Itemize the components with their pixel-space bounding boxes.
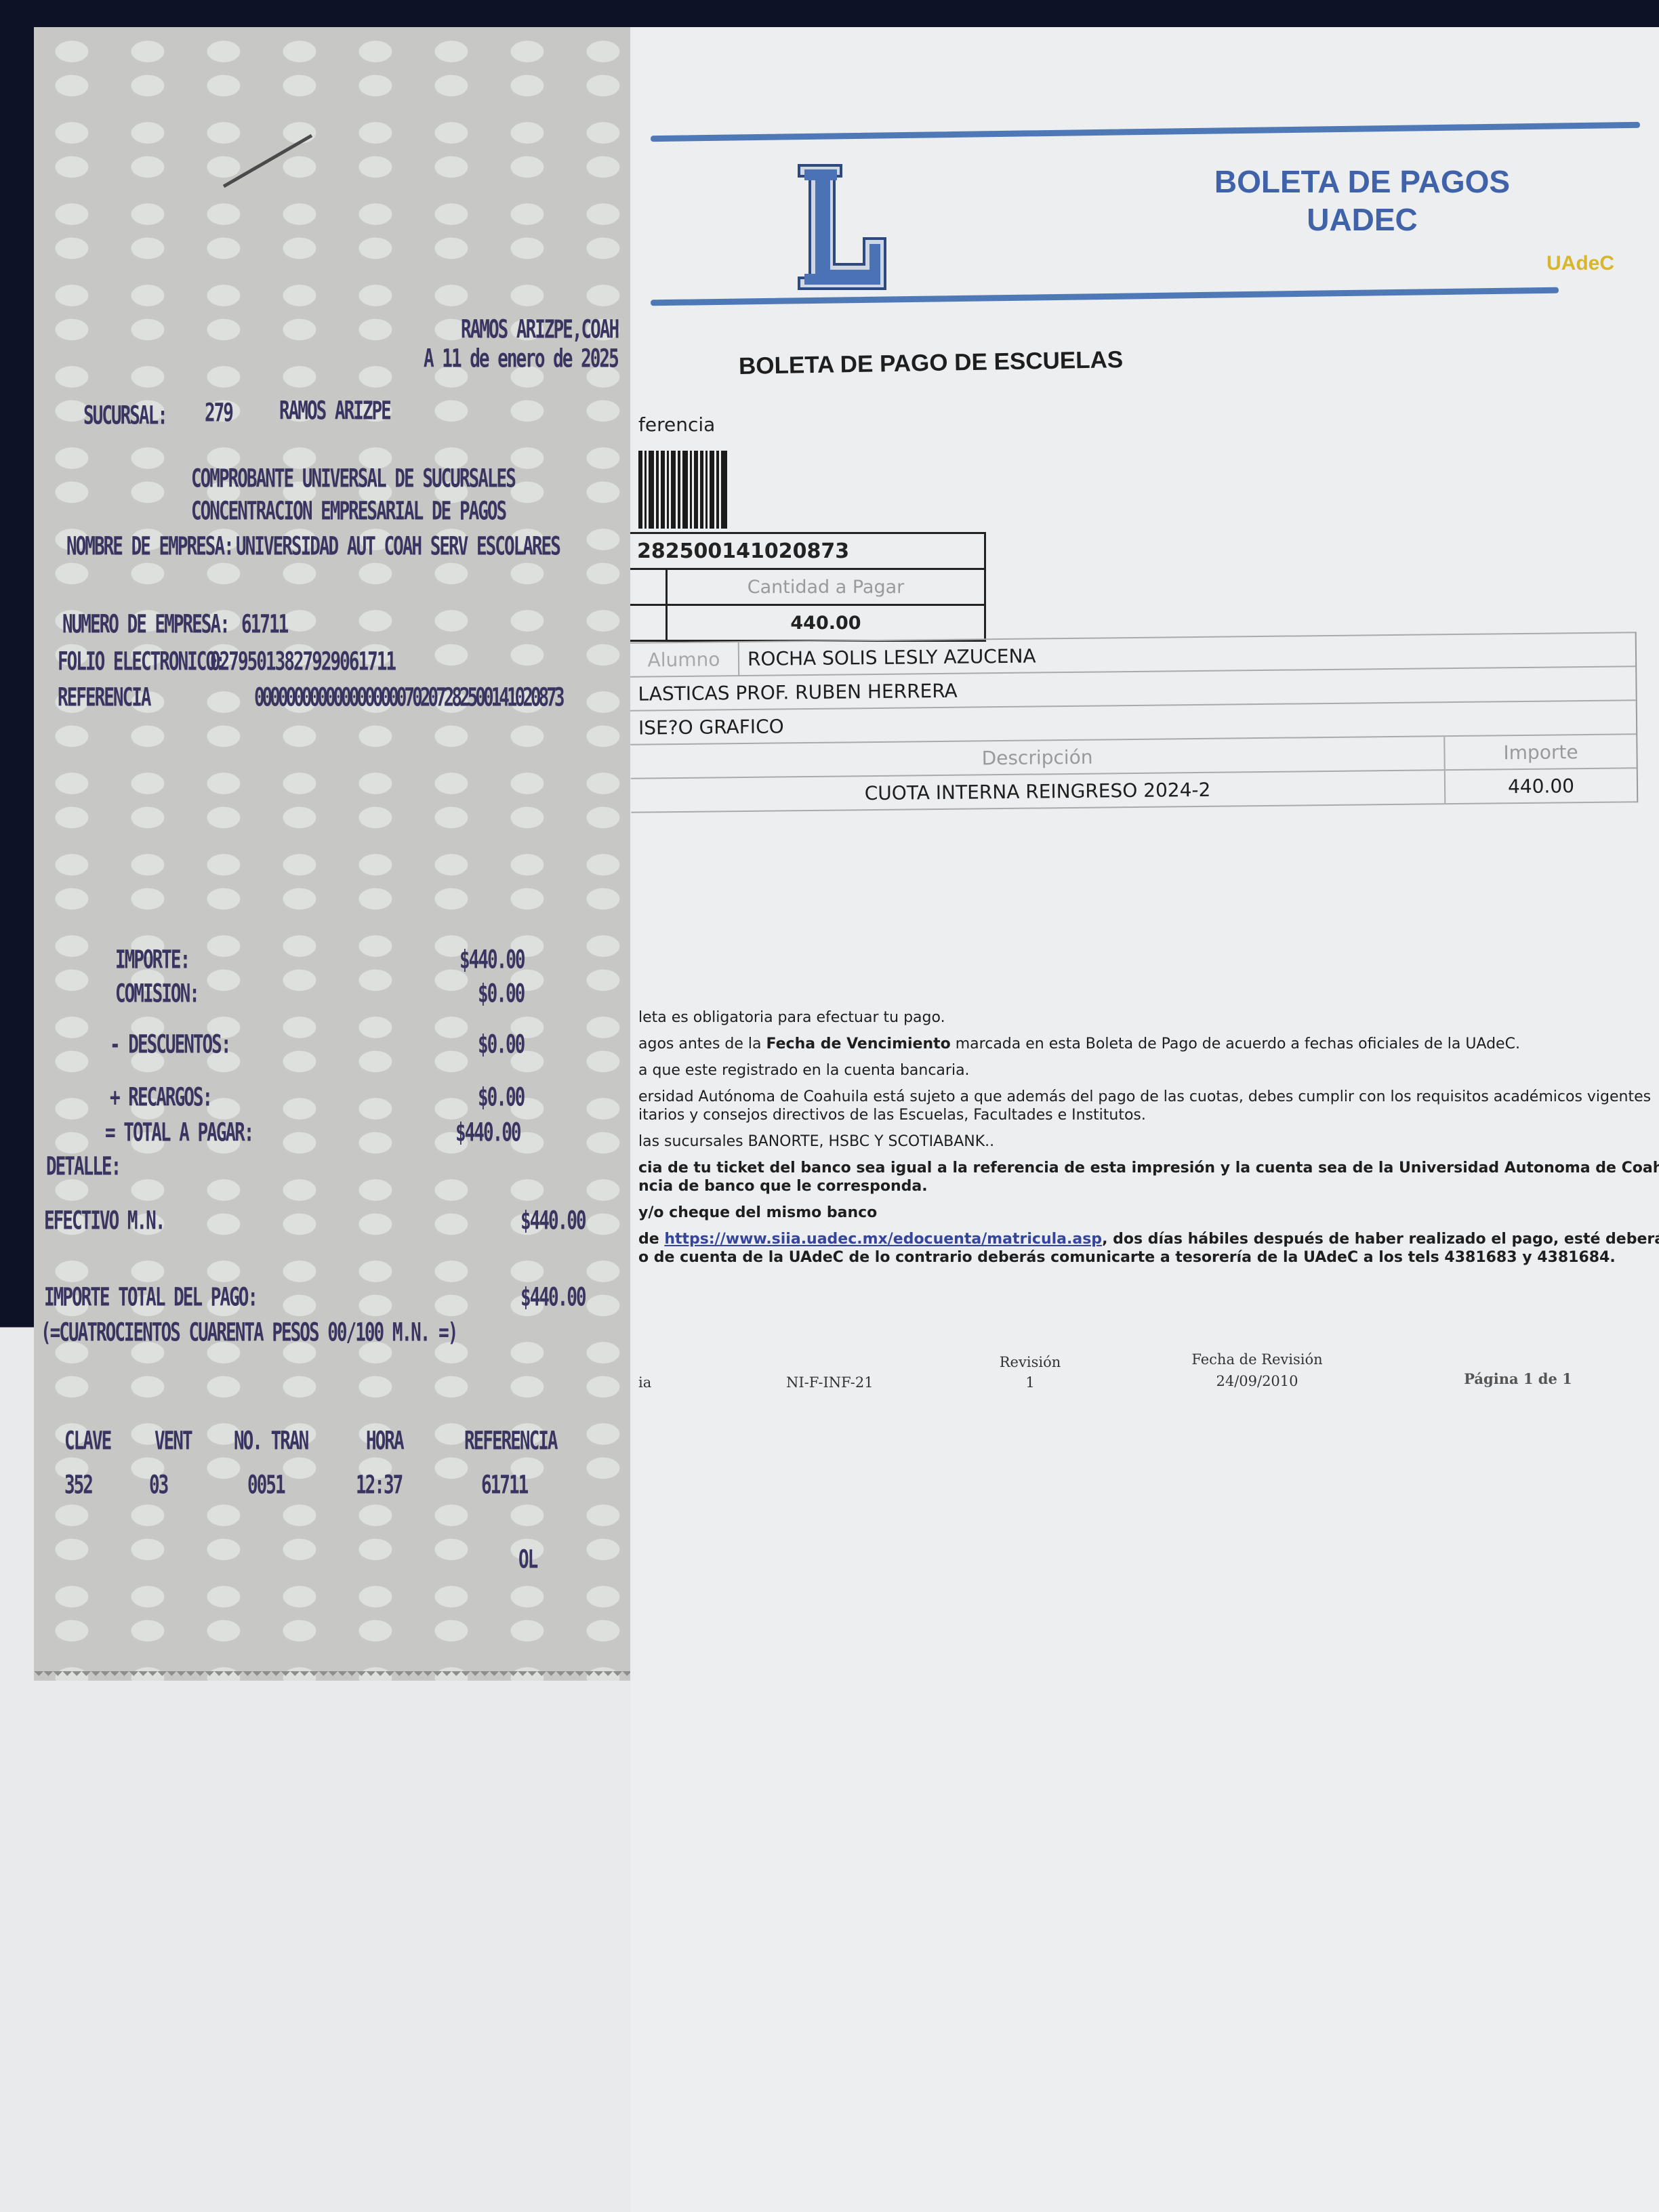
note: cia de tu ticket del banco sea igual a l… (638, 1159, 1655, 1177)
account-statement-link[interactable]: https://www.siia.uadec.mx/edocuenta/matr… (664, 1231, 1102, 1248)
branch-name: RAMOS ARIZPE (279, 396, 390, 426)
col-clave: CLAVE (64, 1427, 110, 1456)
cash-label: EFECTIVO M.N. (44, 1206, 165, 1236)
revision-date-label: Fecha de Revisión (1172, 1351, 1342, 1368)
payment-total-label: IMPORTE TOTAL DEL PAGO: (44, 1283, 257, 1313)
col-vent: VENT (155, 1427, 192, 1456)
form-code: NI-F-INF-21 (786, 1374, 874, 1391)
val-clave: 352 (64, 1471, 92, 1500)
amount-value: $440.00 (459, 945, 525, 975)
note: y/o cheque del mismo banco (638, 1204, 1655, 1222)
note: o de cuenta de la UAdeC de lo contrario … (638, 1248, 1655, 1267)
discounts-label: - DESCUENTOS: (110, 1030, 230, 1060)
val-hora: 12:37 (356, 1471, 402, 1500)
reference-label: REFERENCIA (58, 683, 150, 713)
receipt-city: RAMOS ARIZPE,COAH (461, 315, 618, 345)
note-part: agos antes de la (638, 1036, 766, 1052)
branch-label: SUCURSAL: (83, 401, 167, 431)
career-name: ISE?O GRAFICO (630, 715, 784, 739)
bank-receipt: RAMOS ARIZPE,COAH A 11 de enero de 2025 … (34, 27, 630, 1681)
receipt-footer-code: OL (518, 1545, 537, 1575)
detail-label: DETALLE: (46, 1152, 120, 1182)
school-name: LASTICAS PROF. RUBEN HERRERA (630, 679, 958, 705)
val-no-tran: 0051 (247, 1471, 285, 1500)
amount-header: Cantidad a Pagar (668, 577, 984, 598)
page-indicator: Página 1 de 1 (1443, 1370, 1593, 1387)
val-vent: 03 (149, 1471, 167, 1500)
branch-number: 279 (205, 398, 232, 428)
revision-date: 24/09/2010 (1172, 1373, 1342, 1389)
reference-label: ferencia (638, 413, 715, 436)
note: leta es obligatoria para efectuar tu pag… (638, 1008, 1655, 1027)
discounts-value: $0.00 (478, 1030, 524, 1060)
col-referencia: REFERENCIA (464, 1427, 557, 1456)
item-description: CUOTA INTERNA REINGRESO 2024-2 (631, 771, 1446, 812)
company-name-label: NOMBRE DE EMPRESA: (66, 532, 233, 562)
student-label: Alumno (630, 642, 739, 676)
amount-column-header: Importe (1445, 740, 1636, 764)
cash-value: $440.00 (520, 1206, 586, 1236)
val-referencia: 61711 (481, 1471, 527, 1500)
revision-value: 1 (989, 1374, 1071, 1391)
reference-number: 282500141020873 (630, 539, 849, 563)
surcharges-value: $0.00 (478, 1083, 524, 1113)
col-no-tran: NO. TRAN (234, 1427, 308, 1456)
company-number-label: NUMERO DE EMPRESA: (62, 610, 229, 640)
surcharges-label: + RECARGOS: (110, 1083, 211, 1113)
item-amount: 440.00 (1446, 774, 1637, 798)
note: las sucursales BANORTE, HSBC Y SCOTIABAN… (638, 1132, 1655, 1151)
reference-amount-table: 282500141020873 Cantidad a Pagar 440.00 (630, 532, 986, 642)
payment-total-value: $440.00 (520, 1283, 586, 1313)
folio-label: FOLIO ELECTRONICO: (58, 647, 224, 677)
col-hora: HORA (366, 1427, 403, 1456)
payment-total-words: (=CUATROCIENTOS CUARENTA PESOS 00/100 M.… (41, 1318, 457, 1348)
university-logo-icon (796, 163, 888, 291)
amount-value: 440.00 (668, 613, 984, 634)
amount-label: IMPORTE: (115, 945, 189, 975)
student-info-table: Alumno ROCHA SOLIS LESLY AZUCENA LASTICA… (630, 632, 1639, 813)
revision-label: Revisión (989, 1354, 1071, 1370)
commission-value: $0.00 (478, 979, 524, 1009)
torn-edge (34, 1671, 630, 1681)
header-title: BOLETA DE PAGOS UADEC (1159, 163, 1565, 239)
staple (223, 134, 312, 188)
header-rule-top (651, 122, 1640, 142)
note: ersidad Autónoma de Coahuila está sujeto… (638, 1088, 1655, 1106)
note-link: de https://www.siia.uadec.mx/edocuenta/m… (638, 1230, 1655, 1248)
barcode-icon (638, 451, 730, 529)
total-to-pay-value: $440.00 (455, 1118, 520, 1148)
note-due-date: agos antes de la Fecha de Vencimiento ma… (638, 1035, 1655, 1053)
note: itarios y consejos directivos de las Esc… (638, 1106, 1655, 1124)
company-name: UNIVERSIDAD AUT COAH SERV ESCOLARES (236, 532, 560, 562)
total-to-pay-label: = TOTAL A PAGAR: (105, 1118, 253, 1148)
receipt-date: A 11 de enero de 2025 (424, 344, 618, 374)
folio-number: 02795013827929061711 (210, 647, 395, 677)
instructions: leta es obligatoria para efectuar tu pag… (638, 1008, 1655, 1275)
note: ncia de banco que le corresponda. (638, 1177, 1655, 1195)
table-background (0, 0, 1659, 27)
company-number: 61711 (241, 610, 287, 640)
receipt-title-1: COMPROBANTE UNIVERSAL DE SUCURSALES (191, 464, 515, 494)
commission-label: COMISION: (115, 979, 199, 1009)
payment-slip-document: BOLETA DE PAGOS UADEC UAdeC BOLETA DE PA… (630, 27, 1659, 2212)
header-rule-bottom (651, 287, 1559, 306)
document-subtitle: BOLETA DE PAGO DE ESCUELAS (739, 346, 1124, 380)
note: a que este registrado en la cuenta banca… (638, 1061, 1655, 1080)
student-name: ROCHA SOLIS LESLY AZUCENA (739, 644, 1036, 670)
due-date-emphasis: Fecha de Vencimiento (766, 1036, 950, 1052)
table-background-left (0, 0, 34, 2212)
brand-mark: UAdeC (1547, 252, 1614, 275)
receipt-title-2: CONCENTRACION EMPRESARIAL DE PAGOS (191, 497, 506, 527)
note-part: marcada en esta Boleta de Pago de acuerd… (951, 1036, 1520, 1052)
reference-number: 000000000000000000070207282500141020873 (254, 683, 562, 713)
